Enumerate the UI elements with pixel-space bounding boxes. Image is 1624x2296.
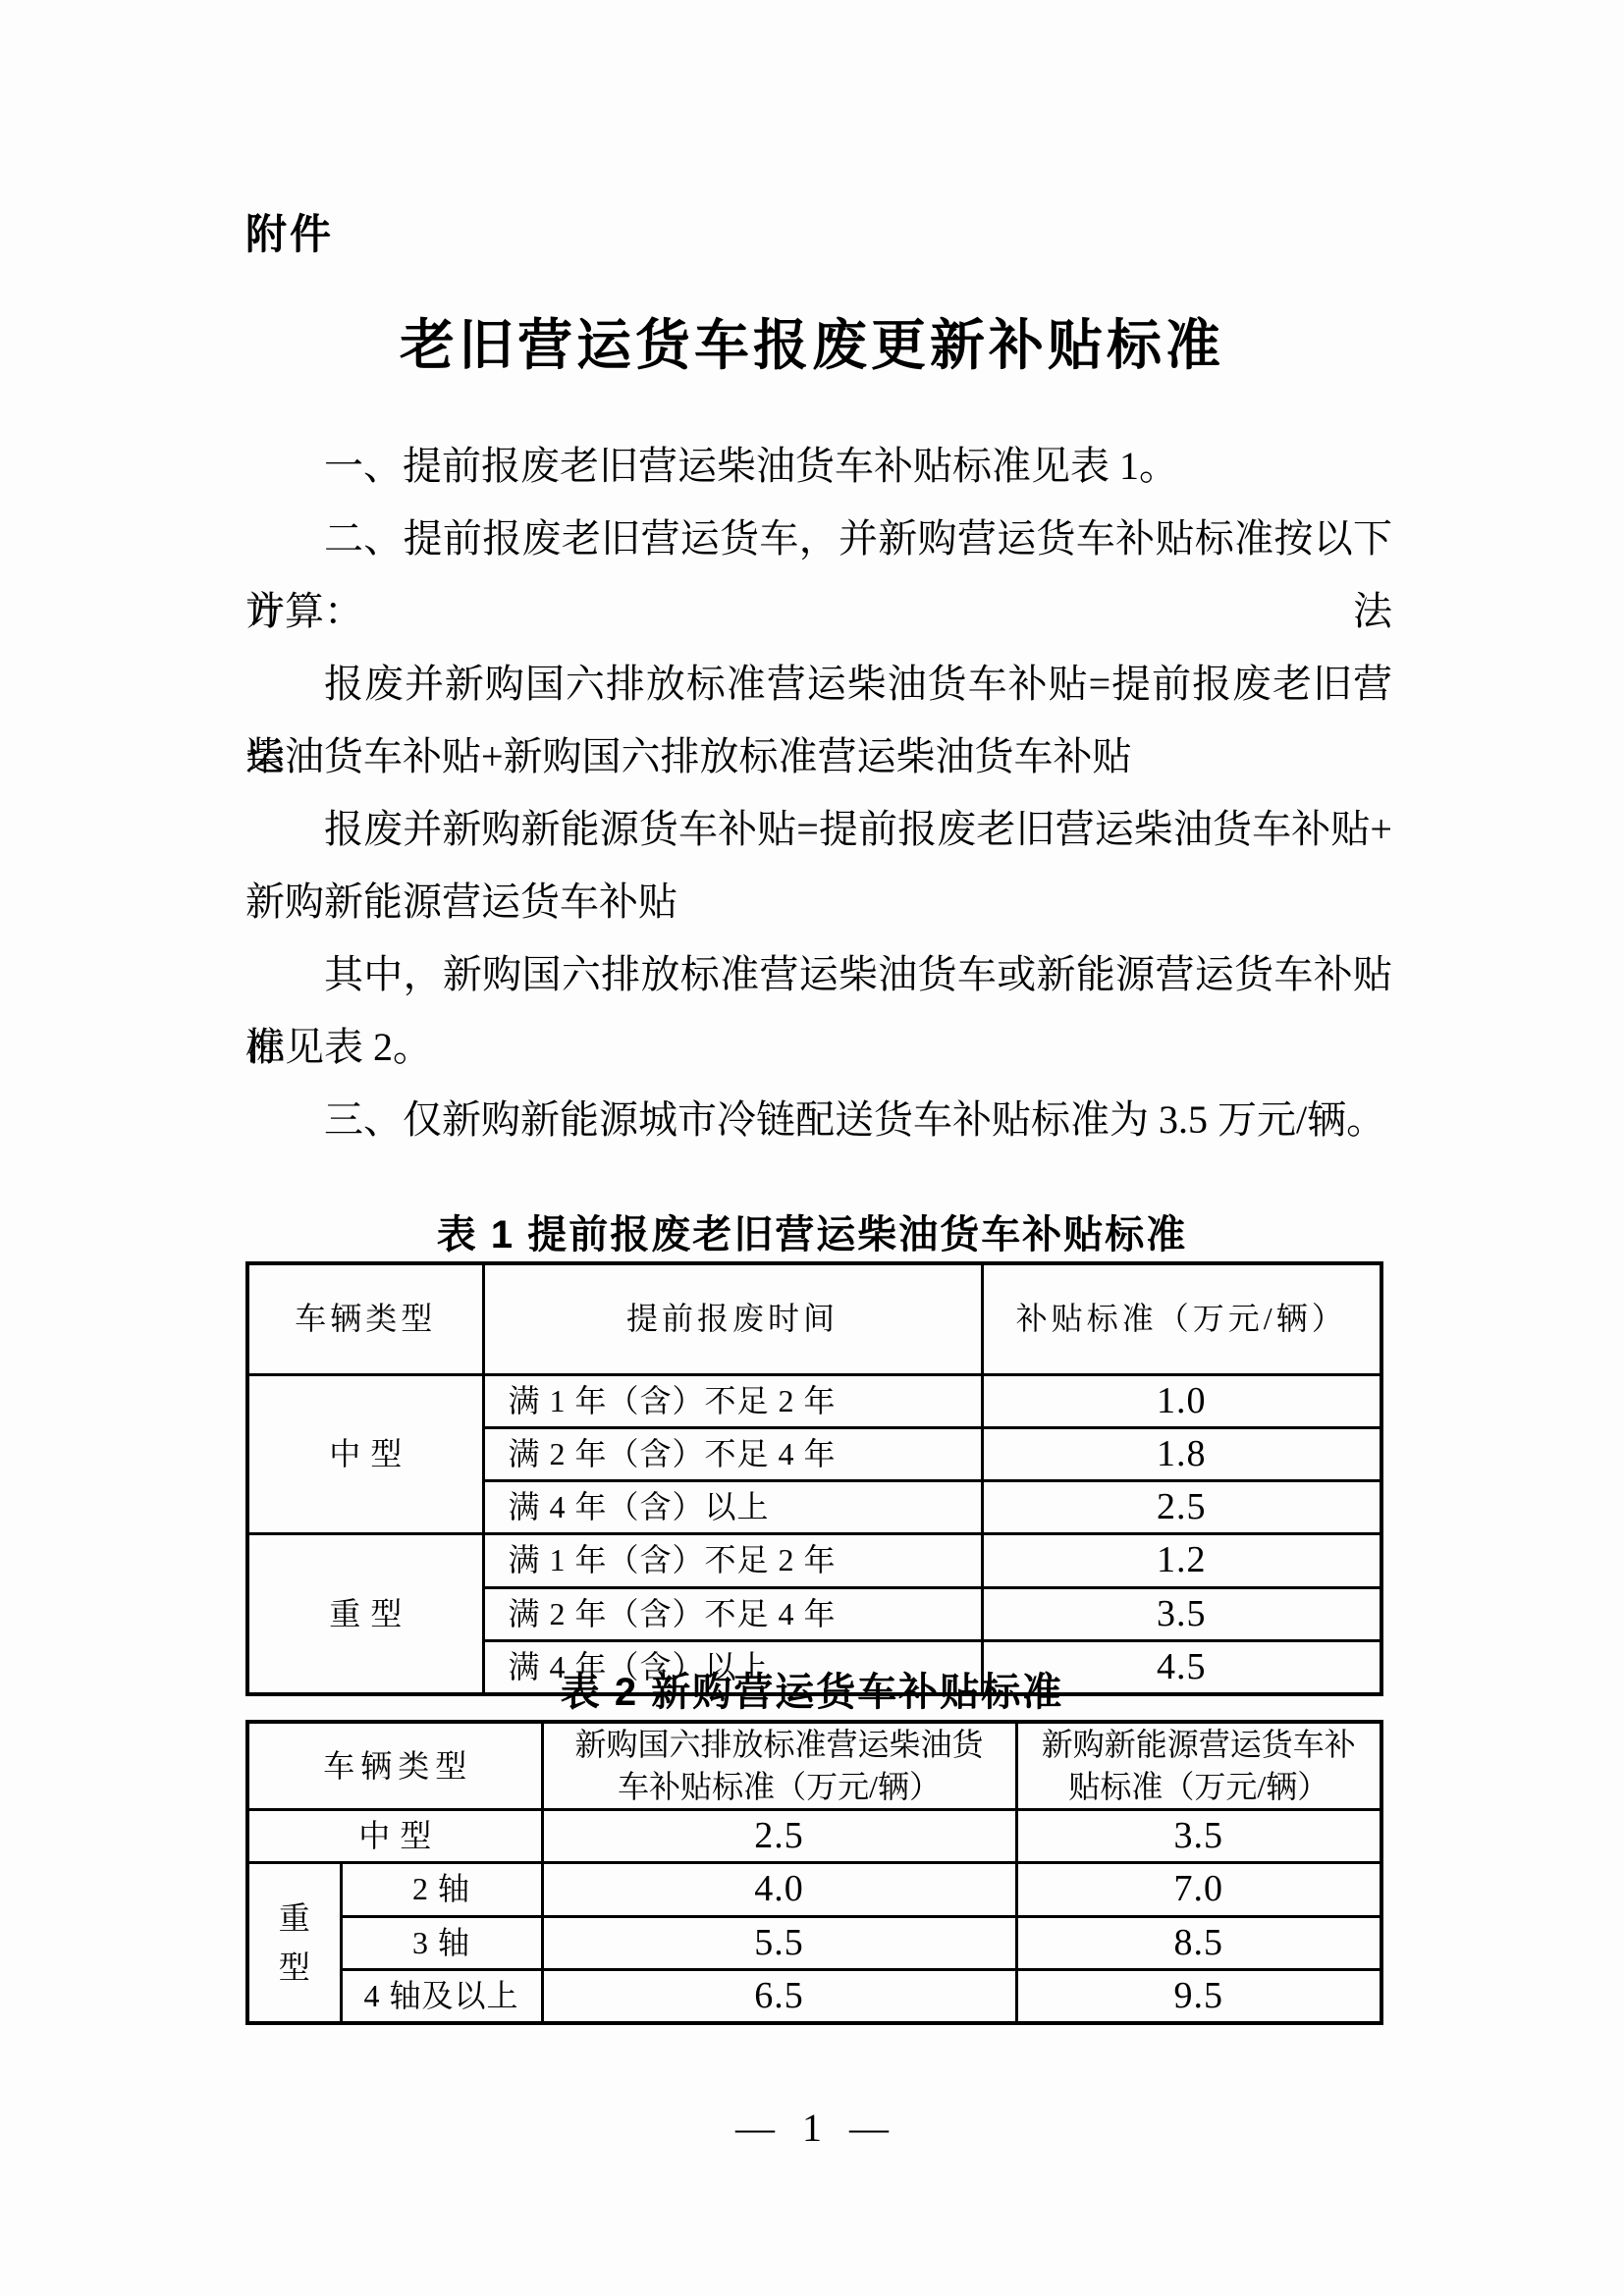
table1-header-scrappage-period: 提前报废时间 [483, 1263, 982, 1374]
table-row: 车辆类型 新购国六排放标准营运柴油货车补贴标准（万元/辆） 新购新能源营运货车补… [247, 1722, 1381, 1810]
table1-subsidy-cell: 2.5 [982, 1481, 1381, 1534]
table1-early-scrappage-subsidy: 车辆类型 提前报废时间 补贴标准（万元/辆） 中型 满 1 年（含）不足 2 年… [245, 1261, 1383, 1696]
table1-period-cell: 满 4 年（含）以上 [483, 1481, 982, 1534]
table1-subsidy-cell: 1.8 [982, 1427, 1381, 1480]
document-body: 一、提前报废老旧营运柴油货车补贴标准见表 1。 二、提前报废老旧营运货车，并新购… [245, 430, 1392, 1156]
table1-period-cell: 满 2 年（含）不足 4 年 [483, 1427, 982, 1480]
body-line-7: 新购新能源营运货车补贴 [245, 866, 1392, 938]
table1-subsidy-cell: 1.0 [982, 1374, 1381, 1427]
table2-new-energy-subsidy-cell: 8.5 [1016, 1916, 1381, 1969]
table-row: 重型 满 1 年（含）不足 2 年 1.2 [247, 1534, 1381, 1587]
table-row: 3 轴 5.5 8.5 [247, 1916, 1381, 1969]
body-line-2: 二、提前报废老旧营运货车，并新购营运货车补贴标准按以下方法 [245, 503, 1392, 575]
table2-caption: 表 2 新购营运货车补贴标准 [238, 1661, 1386, 1717]
table1-subsidy-cell: 1.2 [982, 1534, 1381, 1587]
body-line-4: 报废并新购国六排放标准营运柴油货车补贴=提前报废老旧营运 [245, 648, 1392, 721]
table-row: 重型 2 轴 4.0 7.0 [247, 1863, 1381, 1916]
table2-new-energy-subsidy-cell: 7.0 [1016, 1863, 1381, 1916]
table-row: 4 轴及以上 6.5 9.5 [247, 1969, 1381, 2023]
table2-header-vehicle-type: 车辆类型 [247, 1722, 542, 1810]
body-line-8: 其中，新购国六排放标准营运柴油货车或新能源营运货车补贴标 [245, 938, 1392, 1011]
table1-subsidy-cell: 3.5 [982, 1587, 1381, 1640]
table1-period-cell: 满 2 年（含）不足 4 年 [483, 1587, 982, 1640]
table2-diesel-subsidy-cell: 2.5 [542, 1810, 1016, 1863]
table2-new-energy-subsidy-cell: 9.5 [1016, 1969, 1381, 2023]
table2-diesel-subsidy-cell: 4.0 [542, 1863, 1016, 1916]
table1-caption: 表 1 提前报废老旧营运柴油货车补贴标准 [238, 1203, 1386, 1259]
document-title: 老旧营运货车报废更新补贴标准 [238, 302, 1386, 381]
table2-axle-cell: 3 轴 [341, 1916, 542, 1969]
table2-header-new-energy-subsidy: 新购新能源营运货车补贴标准（万元/辆） [1016, 1722, 1381, 1810]
page-number: — 1 — [0, 2105, 1624, 2151]
body-line-5: 柴油货车补贴+新购国六排放标准营运柴油货车补贴 [245, 721, 1392, 793]
table2-diesel-subsidy-cell: 6.5 [542, 1969, 1016, 2023]
table2-axle-cell: 2 轴 [341, 1863, 542, 1916]
document-page: 附件 老旧营运货车报废更新补贴标准 一、提前报废老旧营运柴油货车补贴标准见表 1… [0, 0, 1624, 2296]
body-line-1: 一、提前报废老旧营运柴油货车补贴标准见表 1。 [245, 430, 1392, 503]
table-row: 车辆类型 提前报废时间 补贴标准（万元/辆） [247, 1263, 1381, 1374]
body-line-9: 准见表 2。 [245, 1011, 1392, 1084]
table2-medium-type-cell: 中型 [247, 1810, 542, 1863]
table-row: 中型 2.5 3.5 [247, 1810, 1381, 1863]
table1-header-subsidy-standard: 补贴标准（万元/辆） [982, 1263, 1381, 1374]
table2-header-diesel-subsidy: 新购国六排放标准营运柴油货车补贴标准（万元/辆） [542, 1722, 1016, 1810]
table1-period-cell: 满 1 年（含）不足 2 年 [483, 1374, 982, 1427]
table2-new-purchase-subsidy: 车辆类型 新购国六排放标准营运柴油货车补贴标准（万元/辆） 新购新能源营运货车补… [245, 1720, 1383, 2025]
body-line-10: 三、仅新购新能源城市冷链配送货车补贴标准为 3.5 万元/辆。 [245, 1084, 1392, 1156]
table2-axle-cell: 4 轴及以上 [341, 1969, 542, 2023]
table2-new-energy-subsidy-cell: 3.5 [1016, 1810, 1381, 1863]
table1-period-cell: 满 1 年（含）不足 2 年 [483, 1534, 982, 1587]
table2-heavy-type-cell: 重型 [247, 1863, 341, 2023]
table-row: 中型 满 1 年（含）不足 2 年 1.0 [247, 1374, 1381, 1427]
body-line-6: 报废并新购新能源货车补贴=提前报废老旧营运柴油货车补贴+ [245, 793, 1392, 866]
table1-header-vehicle-type: 车辆类型 [247, 1263, 483, 1374]
attachment-label: 附件 [245, 202, 334, 261]
table2-diesel-subsidy-cell: 5.5 [542, 1916, 1016, 1969]
table1-medium-type-cell: 中型 [247, 1374, 483, 1534]
